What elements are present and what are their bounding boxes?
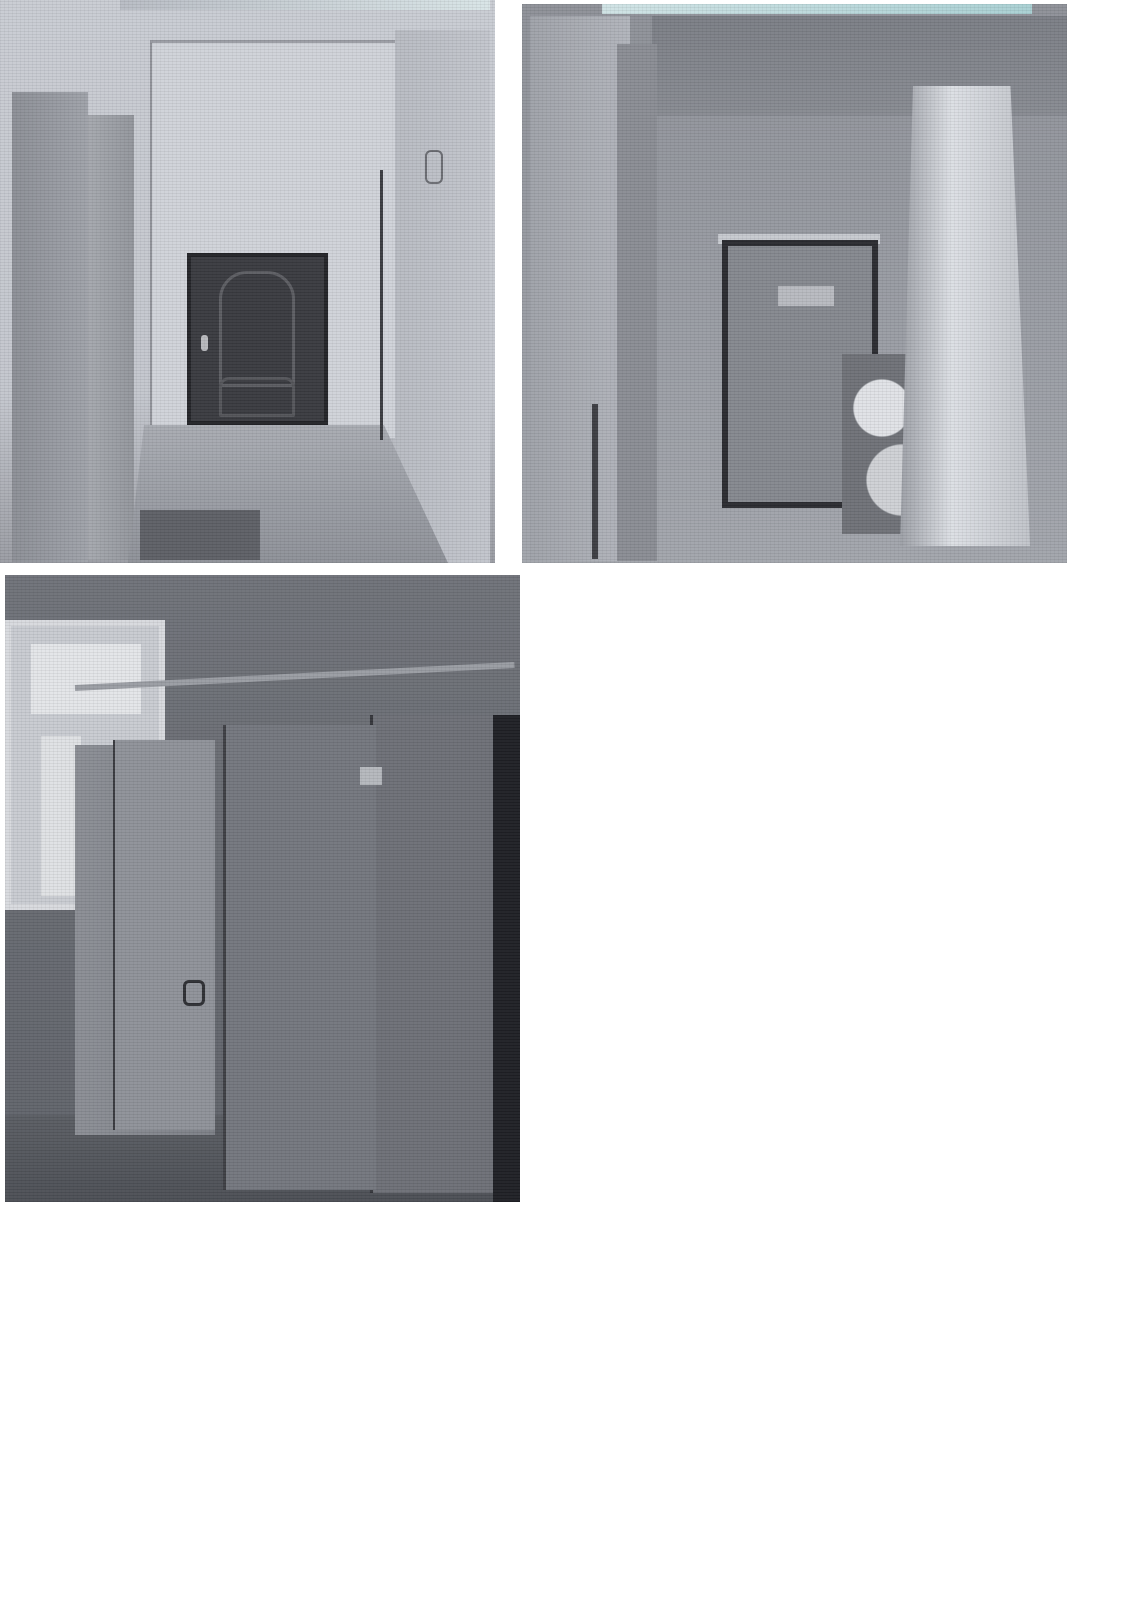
shadow-edge bbox=[493, 715, 520, 1202]
door-handle-icon bbox=[183, 980, 205, 1006]
cubicle-panel-right bbox=[370, 715, 498, 1193]
left-wall bbox=[530, 16, 630, 561]
shelving-unit bbox=[900, 86, 1030, 546]
wall-cable bbox=[380, 170, 383, 440]
door-panel-upper bbox=[219, 271, 295, 387]
door-handle-icon bbox=[201, 335, 208, 351]
photo-hallway-door bbox=[0, 0, 495, 563]
scan-artifact bbox=[120, 0, 490, 10]
latch-icon bbox=[360, 767, 382, 785]
cubicle-panel-middle bbox=[223, 725, 376, 1190]
wall-fixture-icon bbox=[425, 150, 443, 184]
pole bbox=[592, 404, 598, 559]
ornate-door bbox=[187, 253, 328, 425]
concrete-pillar bbox=[12, 92, 88, 562]
floor-mat bbox=[140, 510, 260, 560]
door-panel-lower bbox=[219, 377, 295, 417]
scan-artifact bbox=[602, 4, 1032, 14]
photo-restroom-cubicles bbox=[5, 575, 520, 1202]
wall-pillar bbox=[617, 44, 657, 561]
photo-corridor bbox=[522, 4, 1067, 563]
far-window bbox=[778, 286, 834, 306]
pillar-side bbox=[88, 115, 134, 560]
window-pane-upper bbox=[31, 644, 141, 714]
cubicle-door-open bbox=[113, 740, 215, 1130]
